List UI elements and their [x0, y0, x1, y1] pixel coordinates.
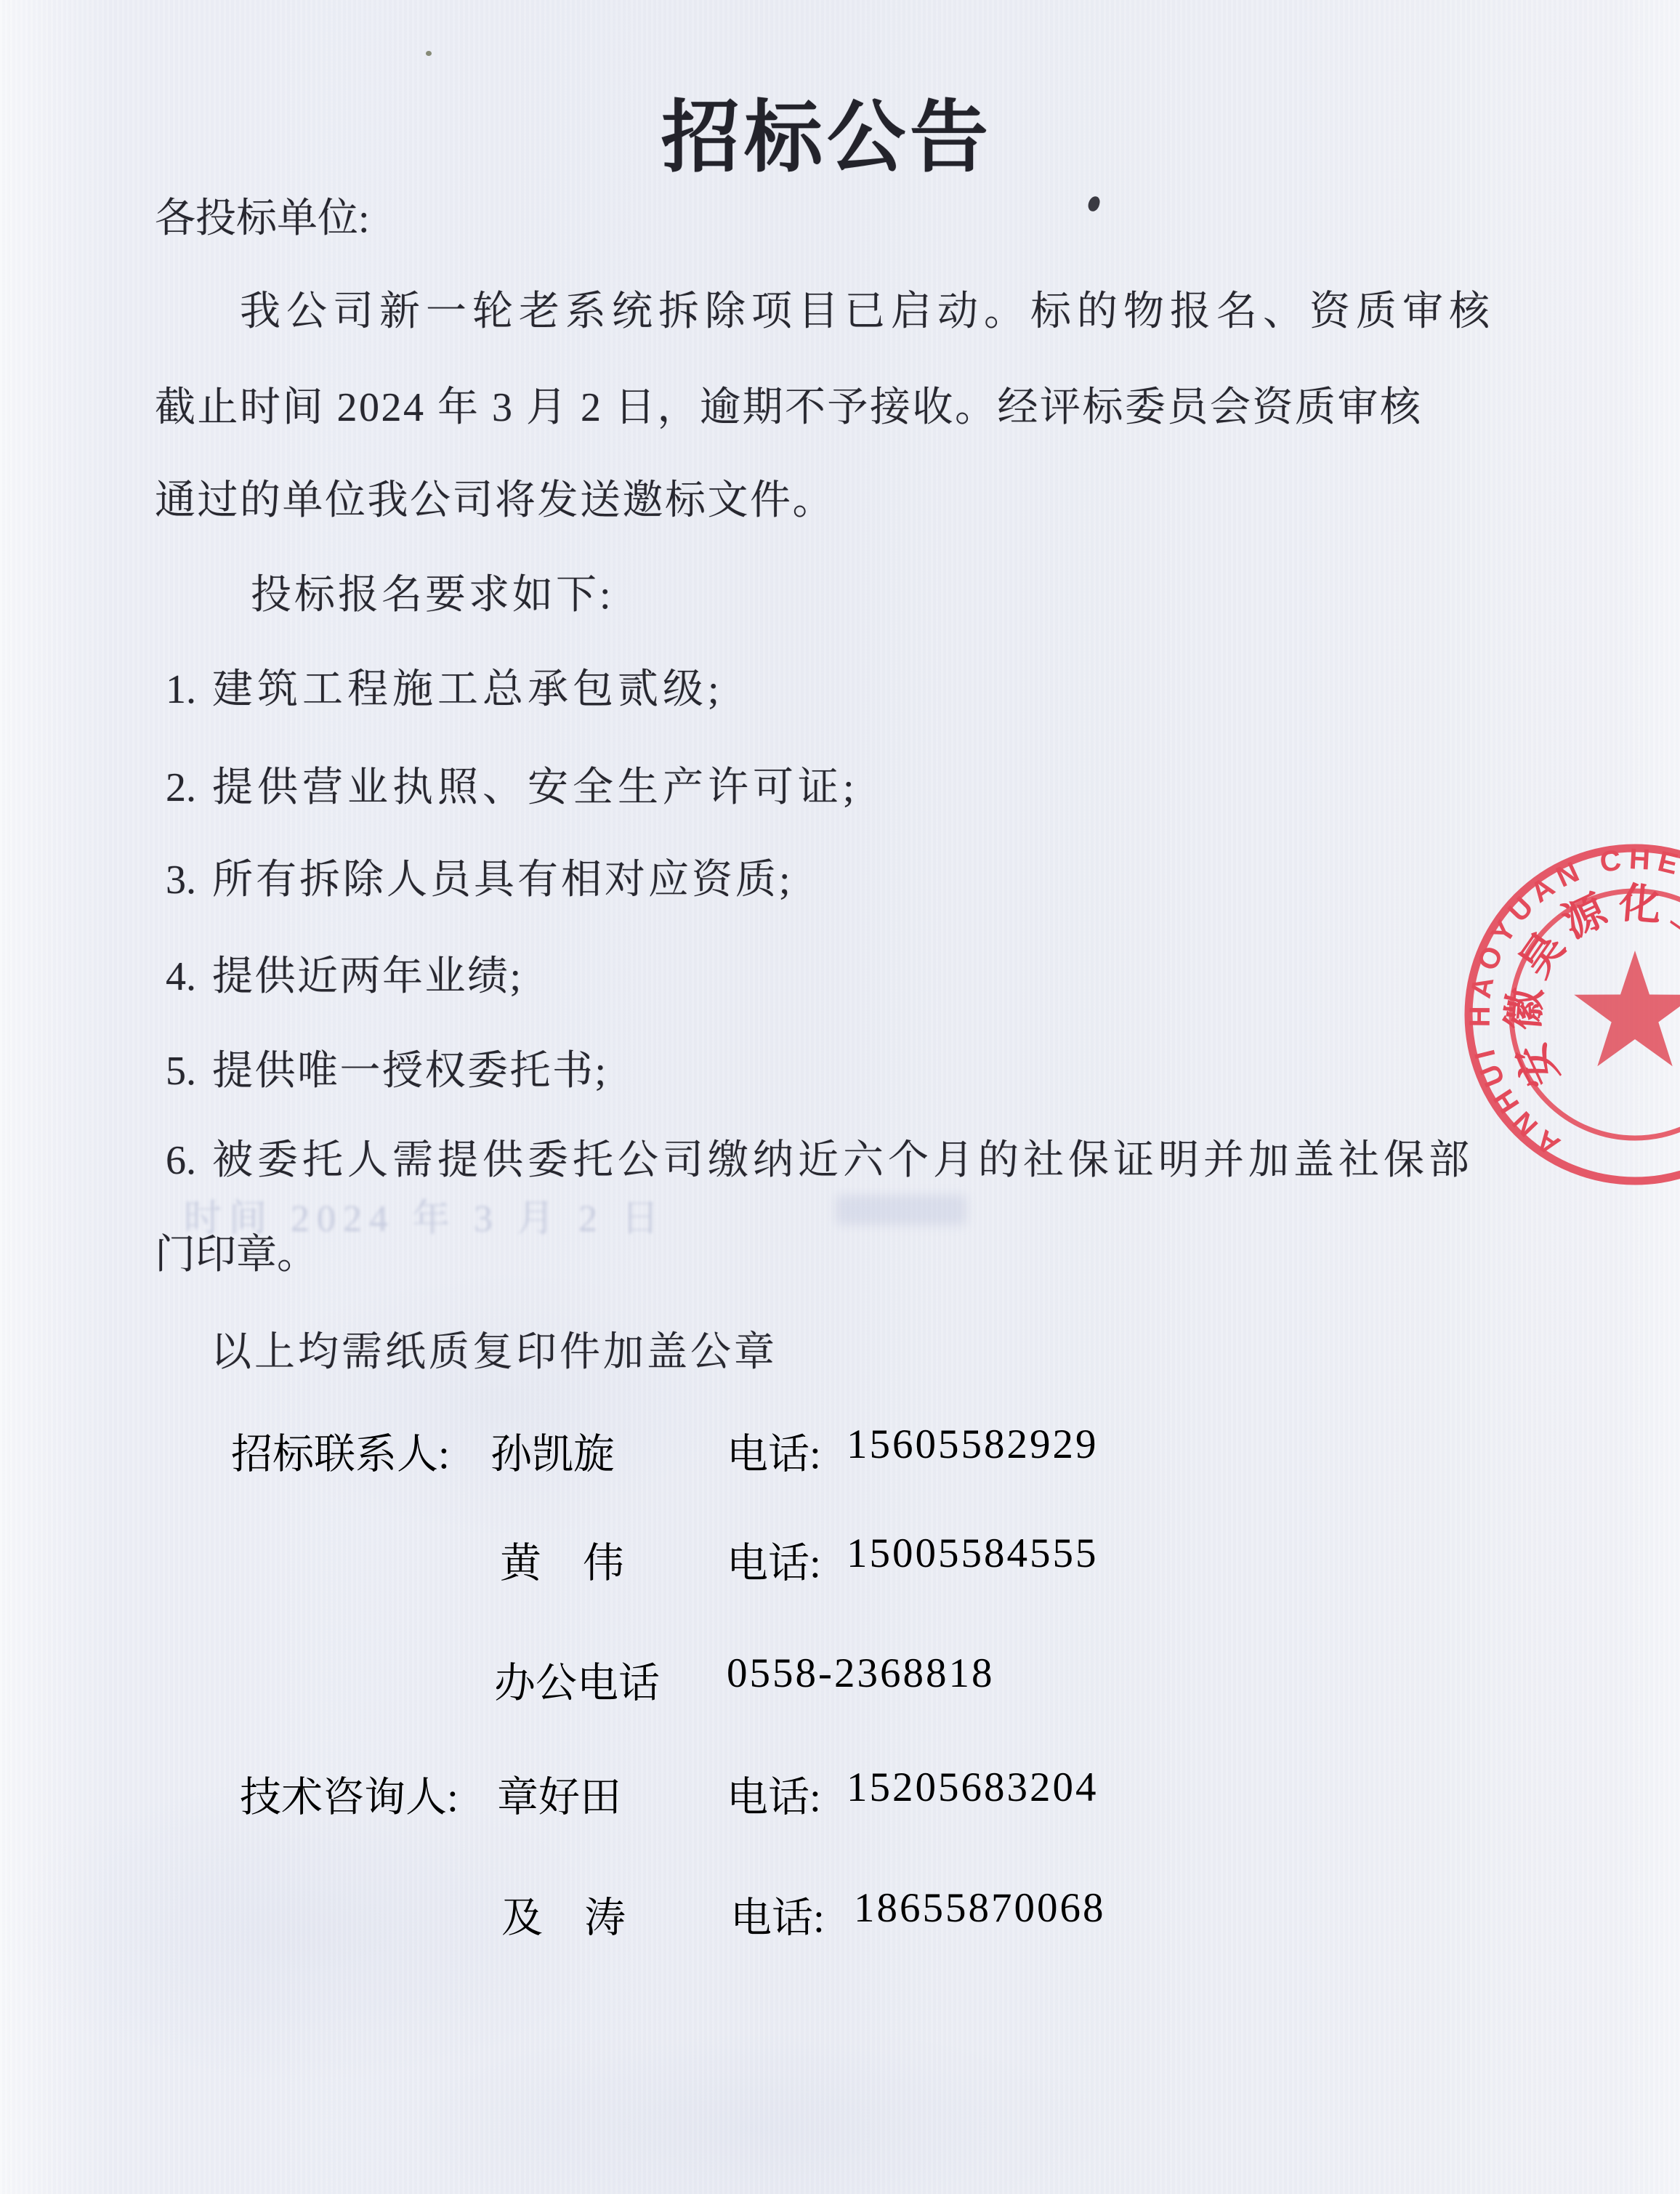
speck-artifact — [426, 51, 432, 56]
contact-name: 及 涛 — [501, 1884, 626, 1944]
scanned-tender-document: 招标公告 各投标单位: 我公司新一轮老系统拆除项目已启动。标的物报名、资质审核 … — [0, 0, 1680, 2194]
contact-label: 招标联系人: — [231, 1421, 450, 1480]
contact-row-5: 及 涛 电话: 18655870068 — [0, 1884, 1680, 1935]
phone-number: 0558-2368818 — [727, 1650, 994, 1697]
phone-number: 18655870068 — [854, 1884, 1106, 1932]
item-number: 3. — [166, 856, 196, 905]
requirement-6-continuation: 门印章。 — [155, 1231, 318, 1280]
body-line-3: 通过的单位我公司将发送邀标文件。 — [155, 477, 835, 525]
phone-number: 15005584555 — [847, 1530, 1099, 1577]
contact-row-3: 办公电话 0558-2368818 — [0, 1650, 1680, 1701]
phone-label: 电话: — [727, 1530, 821, 1589]
phone-number: 15605582929 — [847, 1421, 1099, 1468]
body-line-1: 我公司新一轮老系统拆除项目已启动。标的物报名、资质审核 — [240, 288, 1495, 336]
item-text: 被委托人需提供委托公司缴纳近六个月的社保证明并加盖社保部 — [212, 1137, 1474, 1185]
item-text: 提供营业执照、安全生产许可证; — [212, 764, 859, 812]
body-line-2: 截止时间 2024 年 3 月 2 日，逾期不予接收。经评标委员会资质审核 — [155, 384, 1423, 432]
page-title: 招标公告 — [0, 74, 1667, 187]
item-number: 6. — [166, 1137, 196, 1185]
item-text: 建筑工程施工总承包贰级; — [212, 666, 724, 714]
star-icon — [1574, 951, 1680, 1066]
ink-dot-artifact — [1087, 195, 1101, 213]
item-number: 2. — [166, 764, 196, 812]
contact-row-4: 技术咨询人: 章好田 电话: 15205683204 — [0, 1764, 1680, 1815]
contact-name: 孙凯旋 — [490, 1421, 615, 1480]
item-text: 提供近两年业绩; — [212, 953, 523, 1001]
phone-label: 电话: — [727, 1764, 821, 1823]
salutation: 各投标单位: — [155, 195, 370, 243]
contact-row-1: 招标联系人: 孙凯旋 电话: 15605582929 — [0, 1421, 1680, 1472]
item-text: 提供唯一授权委托书; — [212, 1047, 608, 1096]
item-number: 1. — [166, 666, 196, 714]
phone-label: 电话: — [730, 1884, 825, 1944]
note-line: 以上均需纸质复印件加盖公章 — [211, 1328, 778, 1377]
bleed-through-smudge — [836, 1195, 966, 1225]
contact-row-2: 黄 伟 电话: 15005584555 — [0, 1530, 1680, 1581]
phone-number: 15205683204 — [847, 1764, 1099, 1811]
requirements-heading: 投标报名要求如下: — [251, 571, 614, 620]
contact-label: 技术咨询人: — [240, 1764, 459, 1823]
item-number: 5. — [166, 1047, 196, 1096]
item-text: 所有拆除人员具有相对应资质; — [212, 856, 793, 905]
company-seal: ANHUI HAOYUAN CHEMICAL 安徽昊源化工集团 — [1453, 826, 1680, 1203]
contact-name: 章好田 — [497, 1764, 621, 1823]
phone-label: 电话: — [727, 1421, 821, 1480]
contact-name: 黄 伟 — [500, 1530, 624, 1589]
item-number: 4. — [166, 953, 196, 1001]
contact-name: 办公电话 — [494, 1650, 660, 1709]
